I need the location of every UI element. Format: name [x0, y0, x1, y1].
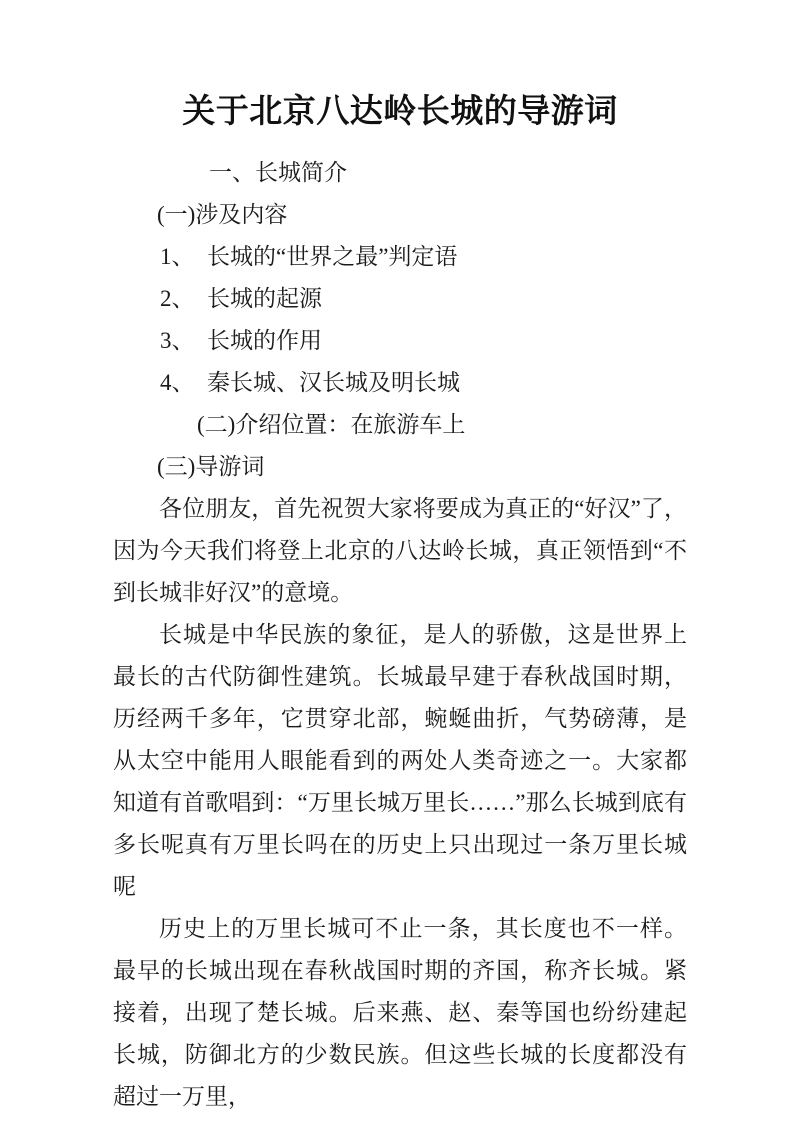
paragraph: 长城是中华民族的象征，是人的骄傲，这是世界上最长的古代防御性建筑。长城最早建于春…: [113, 614, 687, 908]
item-number: 2、: [160, 278, 207, 320]
item-text: 长城的“世界之最”判定语: [207, 244, 457, 269]
paragraph: 历史上的万里长城可不止一条，其长度也不一样。最早的长城出现在春秋战国时期的齐国，…: [113, 908, 687, 1118]
outline-item: 3、长城的作用: [113, 320, 687, 362]
outline-item: 4、秦长城、汉长城及明长城: [113, 362, 687, 404]
paragraph: 各位朋友，首先祝贺大家将要成为真正的“好汉”了，因为今天我们将登上北京的八达岭长…: [113, 488, 687, 614]
item-number: 4、: [160, 362, 207, 404]
outline-item: 1、长城的“世界之最”判定语: [113, 236, 687, 278]
outline-subheading-position: (二)介绍位置：在旅游车上: [113, 404, 687, 446]
outline-item: 2、长城的起源: [113, 278, 687, 320]
document-page: 关于北京八达岭长城的导游词 一、长城简介 (一)涉及内容 1、长城的“世界之最”…: [0, 0, 800, 1132]
item-text: 秦长城、汉长城及明长城: [207, 370, 460, 395]
item-text: 长城的起源: [207, 286, 322, 311]
outline-subheading-guide-words: (三)导游词: [113, 446, 687, 488]
document-title: 关于北京八达岭长城的导游词: [113, 88, 687, 136]
outline-subheading-contents: (一)涉及内容: [113, 194, 687, 236]
item-number: 1、: [160, 236, 207, 278]
section-heading: 一、长城简介: [113, 152, 687, 194]
item-number: 3、: [160, 320, 207, 362]
item-text: 长城的作用: [207, 328, 322, 353]
